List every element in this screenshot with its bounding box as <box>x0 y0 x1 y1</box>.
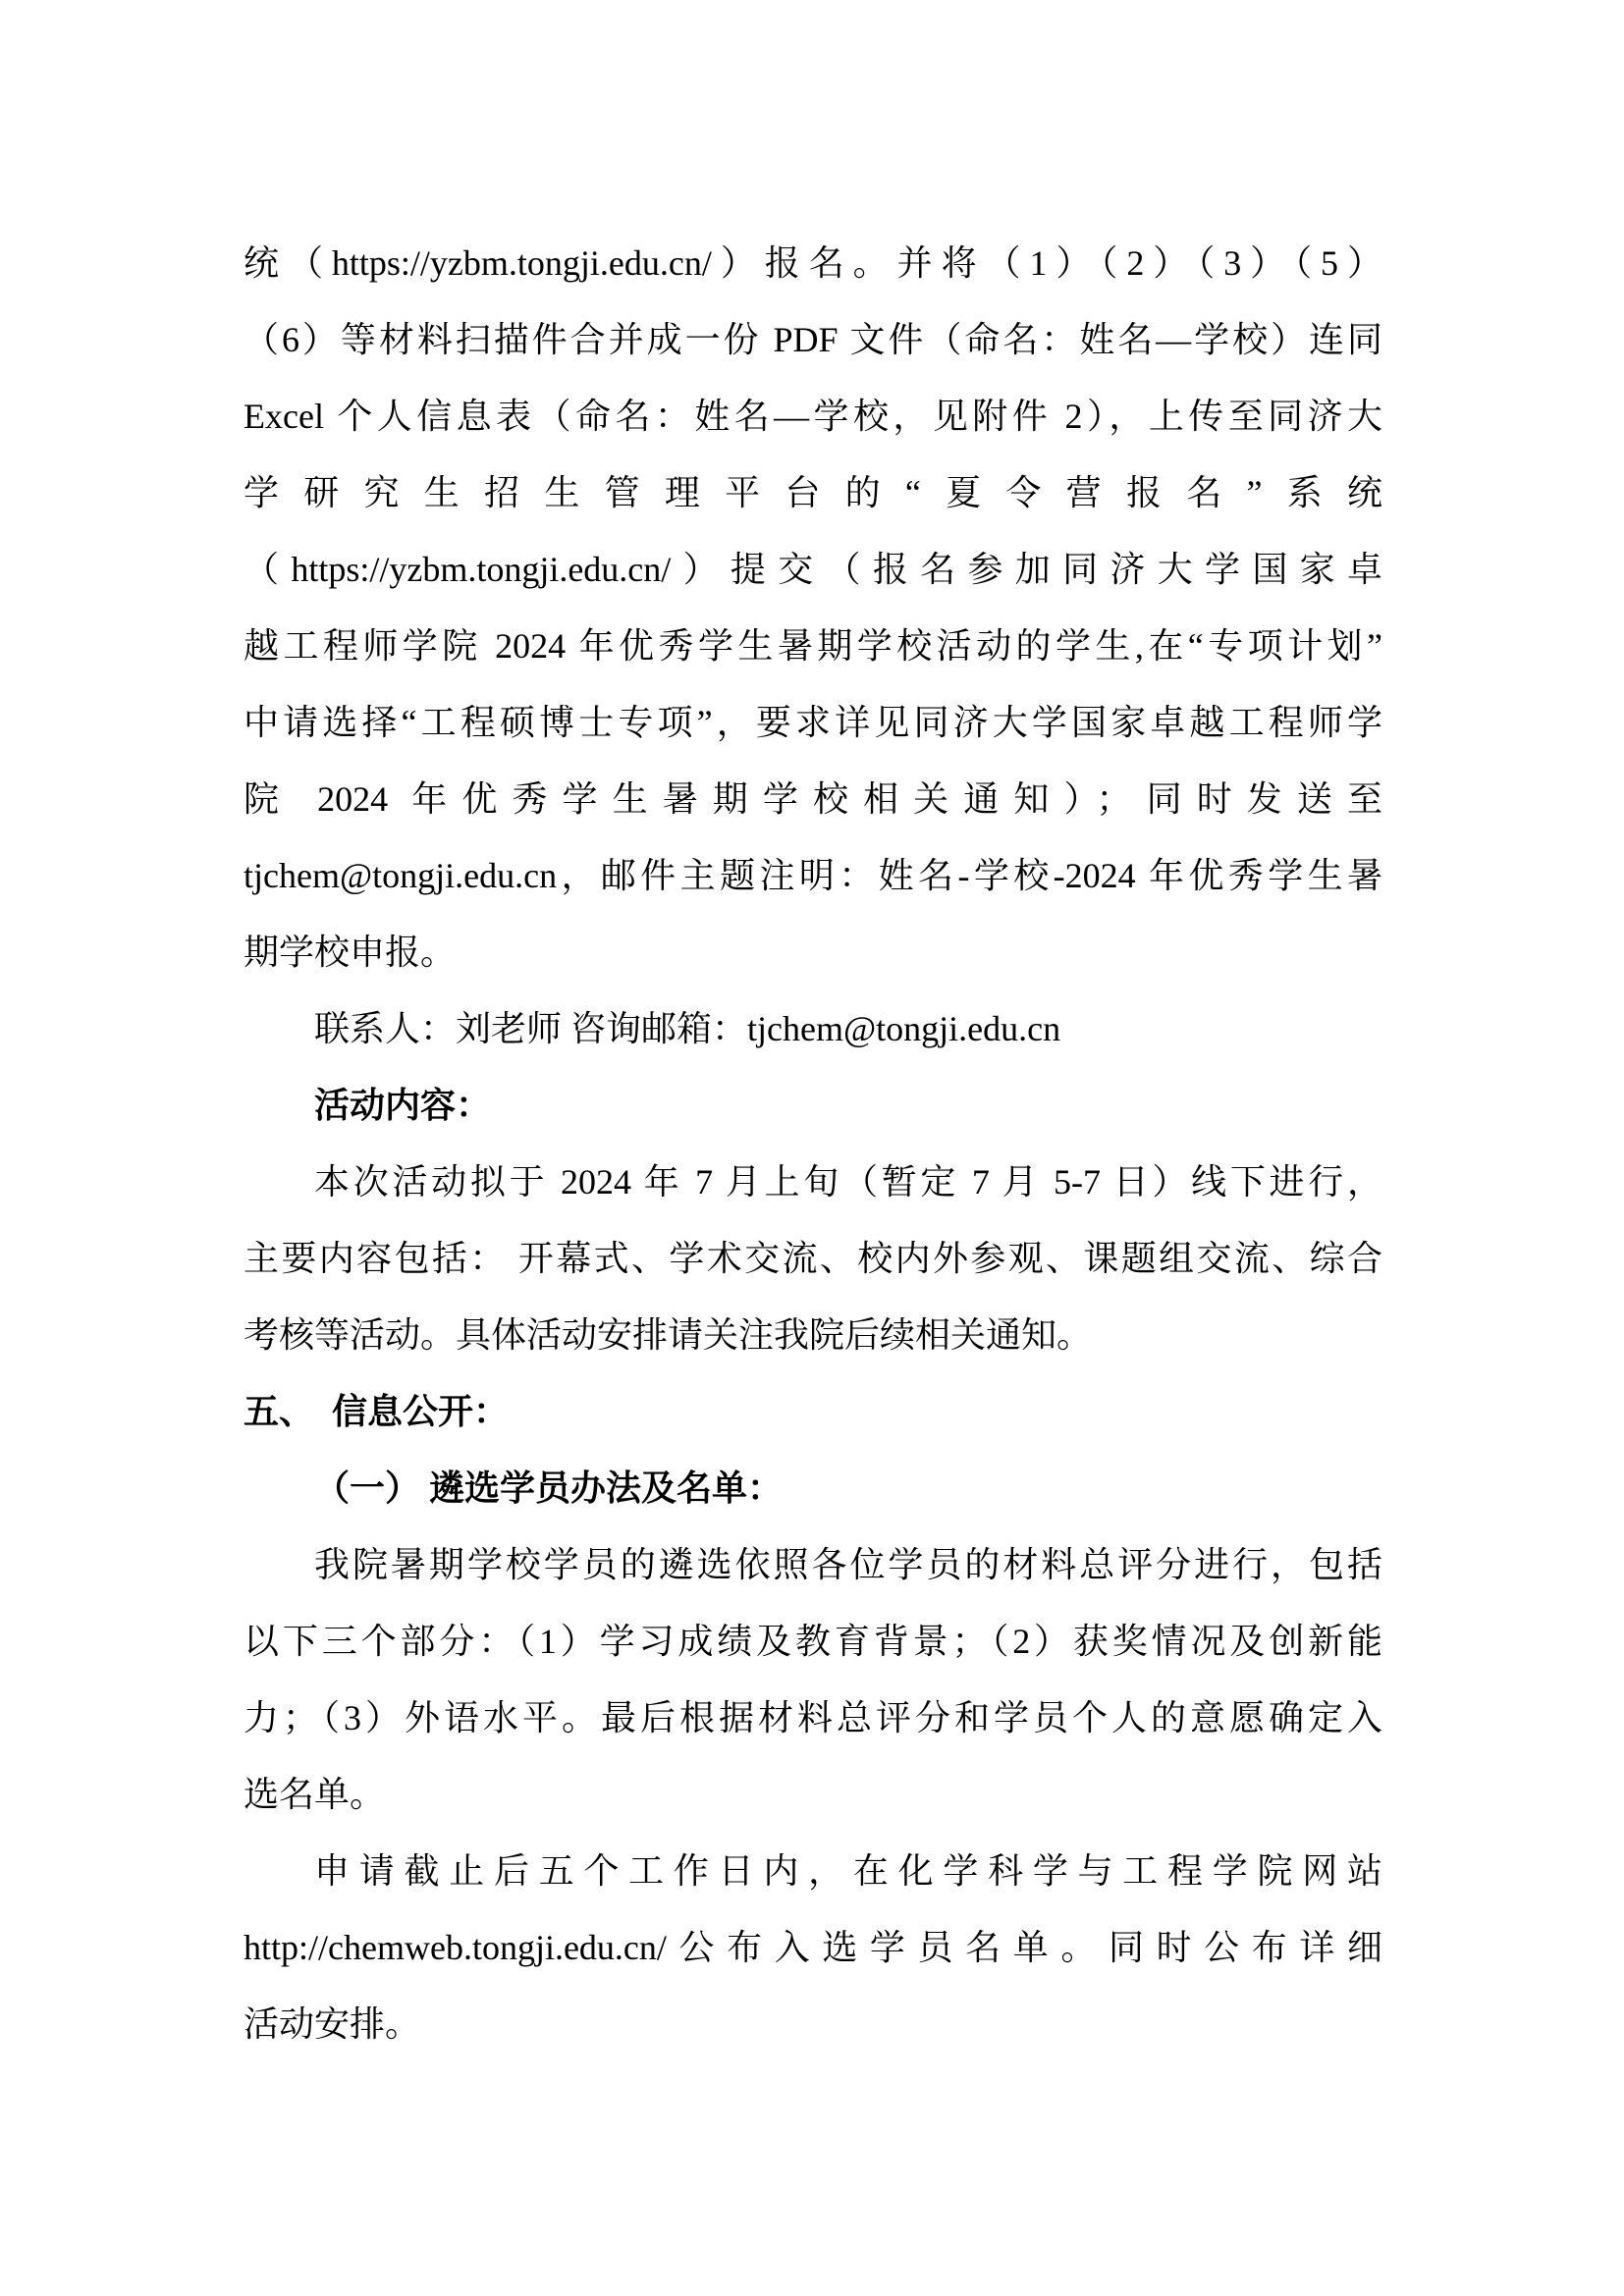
body-line: 越工程师学院 2024 年优秀学生暑期学校活动的学生,在“专项计划” <box>244 608 1382 684</box>
body-line: 申请截止后五个工作日内，在化学科学与工程学院网站 <box>244 1833 1382 1909</box>
subsection-1-heading: （一） 遴选学员办法及名单： <box>244 1450 1382 1526</box>
body-line: 统（https://yzbm.tongji.edu.cn/）报名。并将（1）（2… <box>244 225 1382 301</box>
body-line: 学研究生招生管理平台的“夏令营报名”系统 <box>244 454 1382 531</box>
body-line: 我院暑期学校学员的遴选依照各位学员的材料总评分进行，包括 <box>244 1526 1382 1603</box>
body-line: 期学校申报。 <box>244 914 1382 990</box>
body-line: 选名单。 <box>244 1756 1382 1833</box>
body-line: 活动安排。 <box>244 1986 1382 2062</box>
body-line: 以下三个部分：（1）学习成绩及教育背景；（2）获奖情况及创新能 <box>244 1603 1382 1680</box>
body-line: （https://yzbm.tongji.edu.cn/）提交（报名参加同济大学… <box>244 531 1382 608</box>
body-line: tjchem@tongji.edu.cn，邮件主题注明：姓名-学校-2024 年… <box>244 837 1382 914</box>
body-line: 主要内容包括： 开幕式、学术交流、校内外参观、课题组交流、综合 <box>244 1220 1382 1297</box>
body-line: （6）等材料扫描件合并成一份 PDF 文件（命名：姓名—学校）连同 <box>244 301 1382 378</box>
body-line: Excel 个人信息表（命名：姓名—学校，见附件 2），上传至同济大 <box>244 378 1382 454</box>
body-line: 力；（3）外语水平。最后根据材料总评分和学员个人的意愿确定入 <box>244 1680 1382 1756</box>
section-5-heading: 五、 信息公开： <box>244 1373 1382 1450</box>
document-page: 统（https://yzbm.tongji.edu.cn/）报名。并将（1）（2… <box>0 0 1624 2296</box>
body-line: 考核等活动。具体活动安排请关注我院后续相关通知。 <box>244 1297 1382 1373</box>
body-line: 中请选择“工程硕博士专项”，要求详见同济大学国家卓越工程师学 <box>244 684 1382 761</box>
activity-content-heading: 活动内容： <box>244 1067 1382 1144</box>
body-line: http://chemweb.tongji.edu.cn/公布入选学员名单。同时… <box>244 1909 1382 1986</box>
body-line: 本次活动拟于 2024 年 7 月上旬（暂定 7 月 5-7 日）线下进行， <box>244 1144 1382 1220</box>
contact-line: 联系人：刘老师 咨询邮箱：tjchem@tongji.edu.cn <box>244 990 1382 1067</box>
body-line: 院 2024 年优秀学生暑期学校相关通知）；同时发送至 <box>244 761 1382 837</box>
